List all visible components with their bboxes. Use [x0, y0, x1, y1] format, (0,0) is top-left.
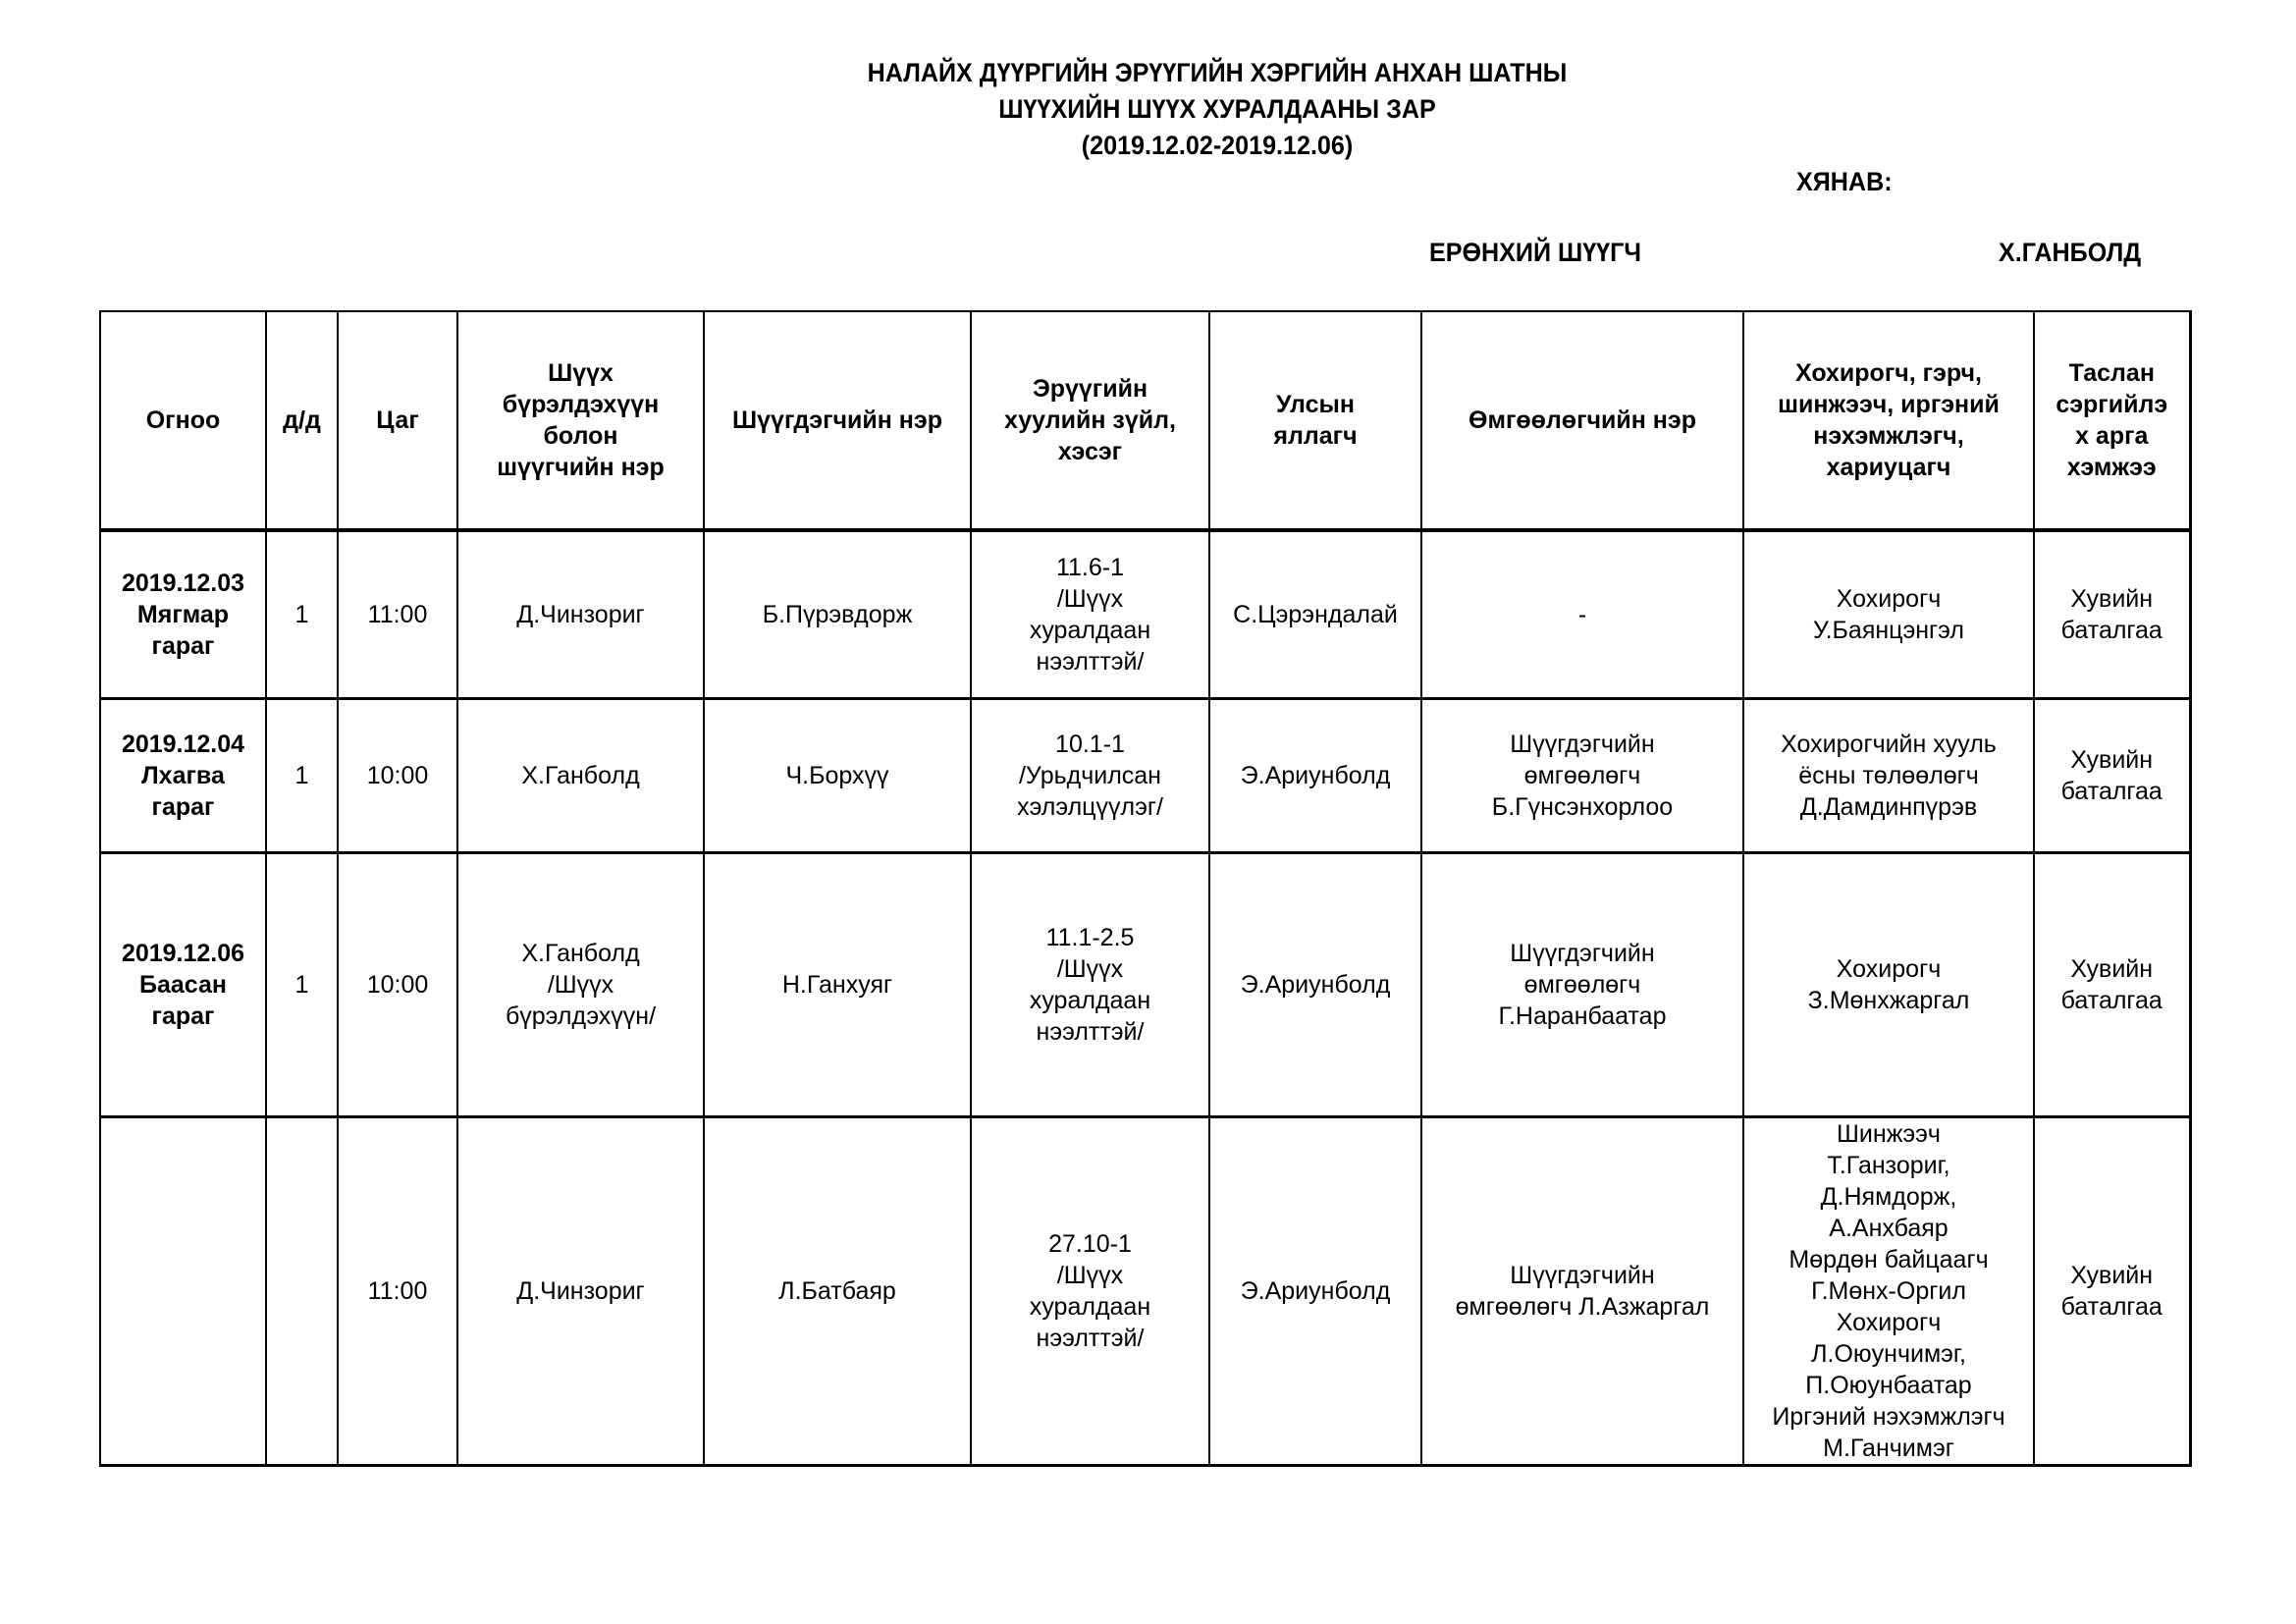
- cell-text: Хохирогч: [1748, 1307, 2029, 1338]
- cell-text: баталгаа: [2039, 1291, 2185, 1323]
- cell-date: 2019.12.03Мягмаргараг: [100, 530, 266, 698]
- cell-text: Э.Ариунболд: [1214, 1275, 1416, 1307]
- cell-text: Шинжээч: [1748, 1118, 2029, 1150]
- cell-text: Лхагва: [105, 760, 261, 791]
- cell-text: 27.10-1: [976, 1228, 1204, 1260]
- cell-time: 11:00: [338, 530, 457, 698]
- cell-time: 11:00: [338, 1116, 457, 1465]
- title-date-range: (2019.12.02-2019.12.06): [669, 128, 1765, 164]
- header-text: Таслан: [2039, 357, 2185, 389]
- header-text: Цаг: [343, 405, 453, 436]
- cell-text: Шүүгдэгчийн: [1426, 938, 1738, 969]
- table-row: 2019.12.03Мягмаргараг111:00Д.ЧинзоригБ.П…: [100, 530, 2190, 698]
- cell-text: баталгаа: [2039, 985, 2185, 1016]
- cell-defendant: Б.Пүрэвдорж: [704, 530, 971, 698]
- cell-text: хуралдаан: [976, 1291, 1204, 1323]
- header-text: х арга: [2039, 420, 2185, 452]
- cell-text: Хувийн: [2039, 953, 2185, 985]
- cell-lawyer: -: [1421, 530, 1743, 698]
- cell-text: 11:00: [343, 1275, 453, 1307]
- cell-text: Хувийн: [2039, 744, 2185, 776]
- cell-text: 2019.12.04: [105, 729, 261, 760]
- cell-parties: ХохирогчУ.Баянцэнгэл: [1743, 530, 2034, 698]
- cell-text: нээлттэй/: [976, 1016, 1204, 1048]
- header-text: хуулийн зүйл,: [976, 405, 1204, 436]
- cell-text: Хохирогч: [1748, 953, 2029, 985]
- header-text: Улсын: [1214, 389, 1416, 420]
- cell-text: Шүүгдэгчийн: [1426, 729, 1738, 760]
- cell-measure: Хувийнбаталгаа: [2034, 1116, 2190, 1465]
- cell-text: хуралдаан: [976, 985, 1204, 1016]
- cell-text: бүрэлдэхүүн/: [462, 1001, 699, 1032]
- cell-prosecutor: Э.Ариунболд: [1209, 698, 1421, 852]
- cell-text: Э.Ариунболд: [1214, 760, 1416, 791]
- cell-lawyer: Шүүгдэгчийнөмгөөлөгч Л.Азжаргал: [1421, 1116, 1743, 1465]
- cell-judge: Д.Чинзориг: [457, 1116, 704, 1465]
- cell-text: 10.1-1: [976, 729, 1204, 760]
- cell-article: 11.1-2.5/Шүүххуралдааннээлттэй/: [971, 852, 1209, 1116]
- cell-judge: Х.Ганболд/Шүүхбүрэлдэхүүн/: [457, 852, 704, 1116]
- chief-judge-name: Х.ГАНБОЛД: [1999, 238, 2141, 268]
- cell-judge: Х.Ганболд: [457, 698, 704, 852]
- cell-text: -: [1426, 599, 1738, 630]
- cell-text: гараг: [105, 630, 261, 662]
- cell-text: 1: [271, 760, 333, 791]
- cell-prosecutor: Э.Ариунболд: [1209, 1116, 1421, 1465]
- cell-text: Б.Пүрэвдорж: [709, 599, 966, 630]
- table-header-row: Огноод/дЦагШүүхбүрэлдэхүүнболоншүүгчийн …: [100, 311, 2190, 530]
- cell-text: А.Анхбаяр: [1748, 1213, 2029, 1244]
- table-row: 2019.12.04Лхагвагараг110:00Х.ГанболдЧ.Бо…: [100, 698, 2190, 852]
- cell-number: [266, 1116, 338, 1465]
- cell-text: Хувийн: [2039, 1260, 2185, 1291]
- cell-text: 10:00: [343, 760, 453, 791]
- header-text: шинжээч, иргэний: [1748, 389, 2029, 420]
- cell-text: Д.Дамдинпүрэв: [1748, 791, 2029, 823]
- cell-time: 10:00: [338, 852, 457, 1116]
- cell-prosecutor: С.Цэрэндалай: [1209, 530, 1421, 698]
- cell-defendant: Л.Батбаяр: [704, 1116, 971, 1465]
- header-text: бүрэлдэхүүн: [462, 389, 699, 420]
- cell-text: нээлттэй/: [976, 1323, 1204, 1354]
- cell-text: /Шүүх: [976, 1260, 1204, 1291]
- cell-text: 2019.12.03: [105, 568, 261, 599]
- cell-text: Д.Чинзориг: [462, 1275, 699, 1307]
- header-text: болон: [462, 420, 699, 452]
- cell-text: 11:00: [343, 599, 453, 630]
- cell-text: хуралдаан: [976, 615, 1204, 646]
- cell-text: Л.Батбаяр: [709, 1275, 966, 1307]
- column-header-lawyer: Өмгөөлөгчийн нэр: [1421, 311, 1743, 530]
- cell-prosecutor: Э.Ариунболд: [1209, 852, 1421, 1116]
- column-header-number: д/д: [266, 311, 338, 530]
- cell-text: У.Баянцэнгэл: [1748, 615, 2029, 646]
- header-text: шүүгчийн нэр: [462, 452, 699, 483]
- cell-text: өмгөөлөгч: [1426, 969, 1738, 1001]
- header-text: нэхэмжлэгч,: [1748, 420, 2029, 452]
- cell-text: Иргэний нэхэмжлэгч: [1748, 1401, 2029, 1433]
- cell-measure: Хувийнбаталгаа: [2034, 852, 2190, 1116]
- cell-date: 2019.12.06Баасангараг: [100, 852, 266, 1116]
- table-row: 11:00Д.ЧинзоригЛ.Батбаяр27.10-1/Шүүххура…: [100, 1116, 2190, 1465]
- cell-number: 1: [266, 698, 338, 852]
- cell-text: П.Оюунбаатар: [1748, 1370, 2029, 1401]
- hearing-schedule-table: Огноод/дЦагШүүхбүрэлдэхүүнболоншүүгчийн …: [99, 310, 2192, 1467]
- cell-text: Н.Ганхуяг: [709, 969, 966, 1001]
- document-title: НАЛАЙХ ДҮҮРГИЙН ЭРҮҮГИЙН ХЭРГИЙН АНХАН Ш…: [669, 55, 1765, 164]
- cell-defendant: Ч.Борхүү: [704, 698, 971, 852]
- cell-text: Баасан: [105, 969, 261, 1001]
- header-text: Огноо: [105, 405, 261, 436]
- column-header-judge: Шүүхбүрэлдэхүүнболоншүүгчийн нэр: [457, 311, 704, 530]
- cell-text: /Урьдчилсан: [976, 760, 1204, 791]
- cell-text: 2019.12.06: [105, 938, 261, 969]
- title-line-1: НАЛАЙХ ДҮҮРГИЙН ЭРҮҮГИЙН ХЭРГИЙН АНХАН Ш…: [669, 55, 1765, 91]
- cell-article: 10.1-1/Урьдчилсанхэлэлцүүлэг/: [971, 698, 1209, 852]
- cell-article: 27.10-1/Шүүххуралдааннээлттэй/: [971, 1116, 1209, 1465]
- cell-text: нээлттэй/: [976, 646, 1204, 677]
- cell-text: Х.Ганболд: [462, 938, 699, 969]
- cell-text: Д.Чинзориг: [462, 599, 699, 630]
- cell-text: Г.Мөнх-Оргил: [1748, 1275, 2029, 1307]
- cell-text: өмгөөлөгч: [1426, 760, 1738, 791]
- header-text: хэмжээ: [2039, 452, 2185, 483]
- cell-time: 10:00: [338, 698, 457, 852]
- header-text: яллагч: [1214, 420, 1416, 452]
- header-text: сэргийлэ: [2039, 389, 2185, 420]
- cell-text: 11.6-1: [976, 552, 1204, 583]
- cell-text: ёсны төлөөлөгч: [1748, 760, 2029, 791]
- cell-parties: ШинжээчТ.Ганзориг,Д.Нямдорж,А.АнхбаярМөр…: [1743, 1116, 2034, 1465]
- cell-text: өмгөөлөгч Л.Азжаргал: [1426, 1291, 1738, 1323]
- cell-text: Д.Нямдорж,: [1748, 1181, 2029, 1213]
- cell-text: баталгаа: [2039, 776, 2185, 807]
- cell-text: Шүүгдэгчийн: [1426, 1260, 1738, 1291]
- header-text: Шүүх: [462, 357, 699, 389]
- cell-text: Э.Ариунболд: [1214, 969, 1416, 1001]
- cell-text: Г.Наранбаатар: [1426, 1001, 1738, 1032]
- column-header-defendant: Шүүгдэгчийн нэр: [704, 311, 971, 530]
- cell-defendant: Н.Ганхуяг: [704, 852, 971, 1116]
- cell-text: Ч.Борхүү: [709, 760, 966, 791]
- cell-number: 1: [266, 530, 338, 698]
- cell-text: М.Ганчимэг: [1748, 1433, 2029, 1464]
- chief-judge-title: ЕРӨНХИЙ ШҮҮГЧ: [1429, 238, 1641, 268]
- cell-text: Б.Гүнсэнхорлоо: [1426, 791, 1738, 823]
- cell-text: 1: [271, 599, 333, 630]
- cell-text: Х.Ганболд: [462, 760, 699, 791]
- cell-text: С.Цэрэндалай: [1214, 599, 1416, 630]
- column-header-prosecutor: Улсыняллагч: [1209, 311, 1421, 530]
- cell-text: гараг: [105, 791, 261, 823]
- cell-text: 10:00: [343, 969, 453, 1001]
- title-line-2: ШҮҮХИЙН ШҮҮХ ХУРАЛДААНЫ ЗАР: [669, 91, 1765, 128]
- column-header-date: Огноо: [100, 311, 266, 530]
- cell-measure: Хувийнбаталгаа: [2034, 698, 2190, 852]
- header-text: Хохирогч, гэрч,: [1748, 357, 2029, 389]
- cell-judge: Д.Чинзориг: [457, 530, 704, 698]
- column-header-article: Эрүүгийнхуулийн зүйл,хэсэг: [971, 311, 1209, 530]
- table-row: 2019.12.06Баасангараг110:00Х.Ганболд/Шүү…: [100, 852, 2190, 1116]
- cell-date: 2019.12.04Лхагвагараг: [100, 698, 266, 852]
- cell-text: Мөрдөн байцаагч: [1748, 1244, 2029, 1275]
- header-text: Өмгөөлөгчийн нэр: [1426, 405, 1738, 436]
- column-header-measure: Таслансэргийлэх аргахэмжээ: [2034, 311, 2190, 530]
- cell-text: 11.1-2.5: [976, 922, 1204, 953]
- cell-text: Мягмар: [105, 599, 261, 630]
- column-header-parties: Хохирогч, гэрч,шинжээч, иргэнийнэхэмжлэг…: [1743, 311, 2034, 530]
- header-text: Шүүгдэгчийн нэр: [709, 405, 966, 436]
- cell-text: гараг: [105, 1001, 261, 1032]
- cell-parties: Хохирогчийн хуульёсны төлөөлөгчД.Дамдинп…: [1743, 698, 2034, 852]
- cell-parties: ХохирогчЗ.Мөнхжаргал: [1743, 852, 2034, 1116]
- header-text: хэсэг: [976, 436, 1204, 467]
- header-text: д/д: [271, 405, 333, 436]
- cell-article: 11.6-1/Шүүххуралдааннээлттэй/: [971, 530, 1209, 698]
- column-header-time: Цаг: [338, 311, 457, 530]
- cell-text: /Шүүх: [976, 583, 1204, 615]
- header-text: хариуцагч: [1748, 452, 2029, 483]
- cell-text: З.Мөнхжаргал: [1748, 985, 2029, 1016]
- cell-text: Т.Ганзориг,: [1748, 1150, 2029, 1181]
- cell-text: Хувийн: [2039, 583, 2185, 615]
- header-text: Эрүүгийн: [976, 373, 1204, 405]
- cell-date: [100, 1116, 266, 1465]
- cell-text: /Шүүх: [462, 969, 699, 1001]
- cell-number: 1: [266, 852, 338, 1116]
- cell-lawyer: ШүүгдэгчийнөмгөөлөгчГ.Наранбаатар: [1421, 852, 1743, 1116]
- cell-lawyer: ШүүгдэгчийнөмгөөлөгчБ.Гүнсэнхорлоо: [1421, 698, 1743, 852]
- cell-text: хэлэлцүүлэг/: [976, 791, 1204, 823]
- cell-text: Хохирогч: [1748, 583, 2029, 615]
- cell-text: Л.Оюунчимэг,: [1748, 1338, 2029, 1370]
- cell-measure: Хувийнбаталгаа: [2034, 530, 2190, 698]
- cell-text: баталгаа: [2039, 615, 2185, 646]
- approve-label: ХЯНАВ:: [1796, 167, 1893, 197]
- cell-text: /Шүүх: [976, 953, 1204, 985]
- cell-text: 1: [271, 969, 333, 1001]
- cell-text: Хохирогчийн хууль: [1748, 729, 2029, 760]
